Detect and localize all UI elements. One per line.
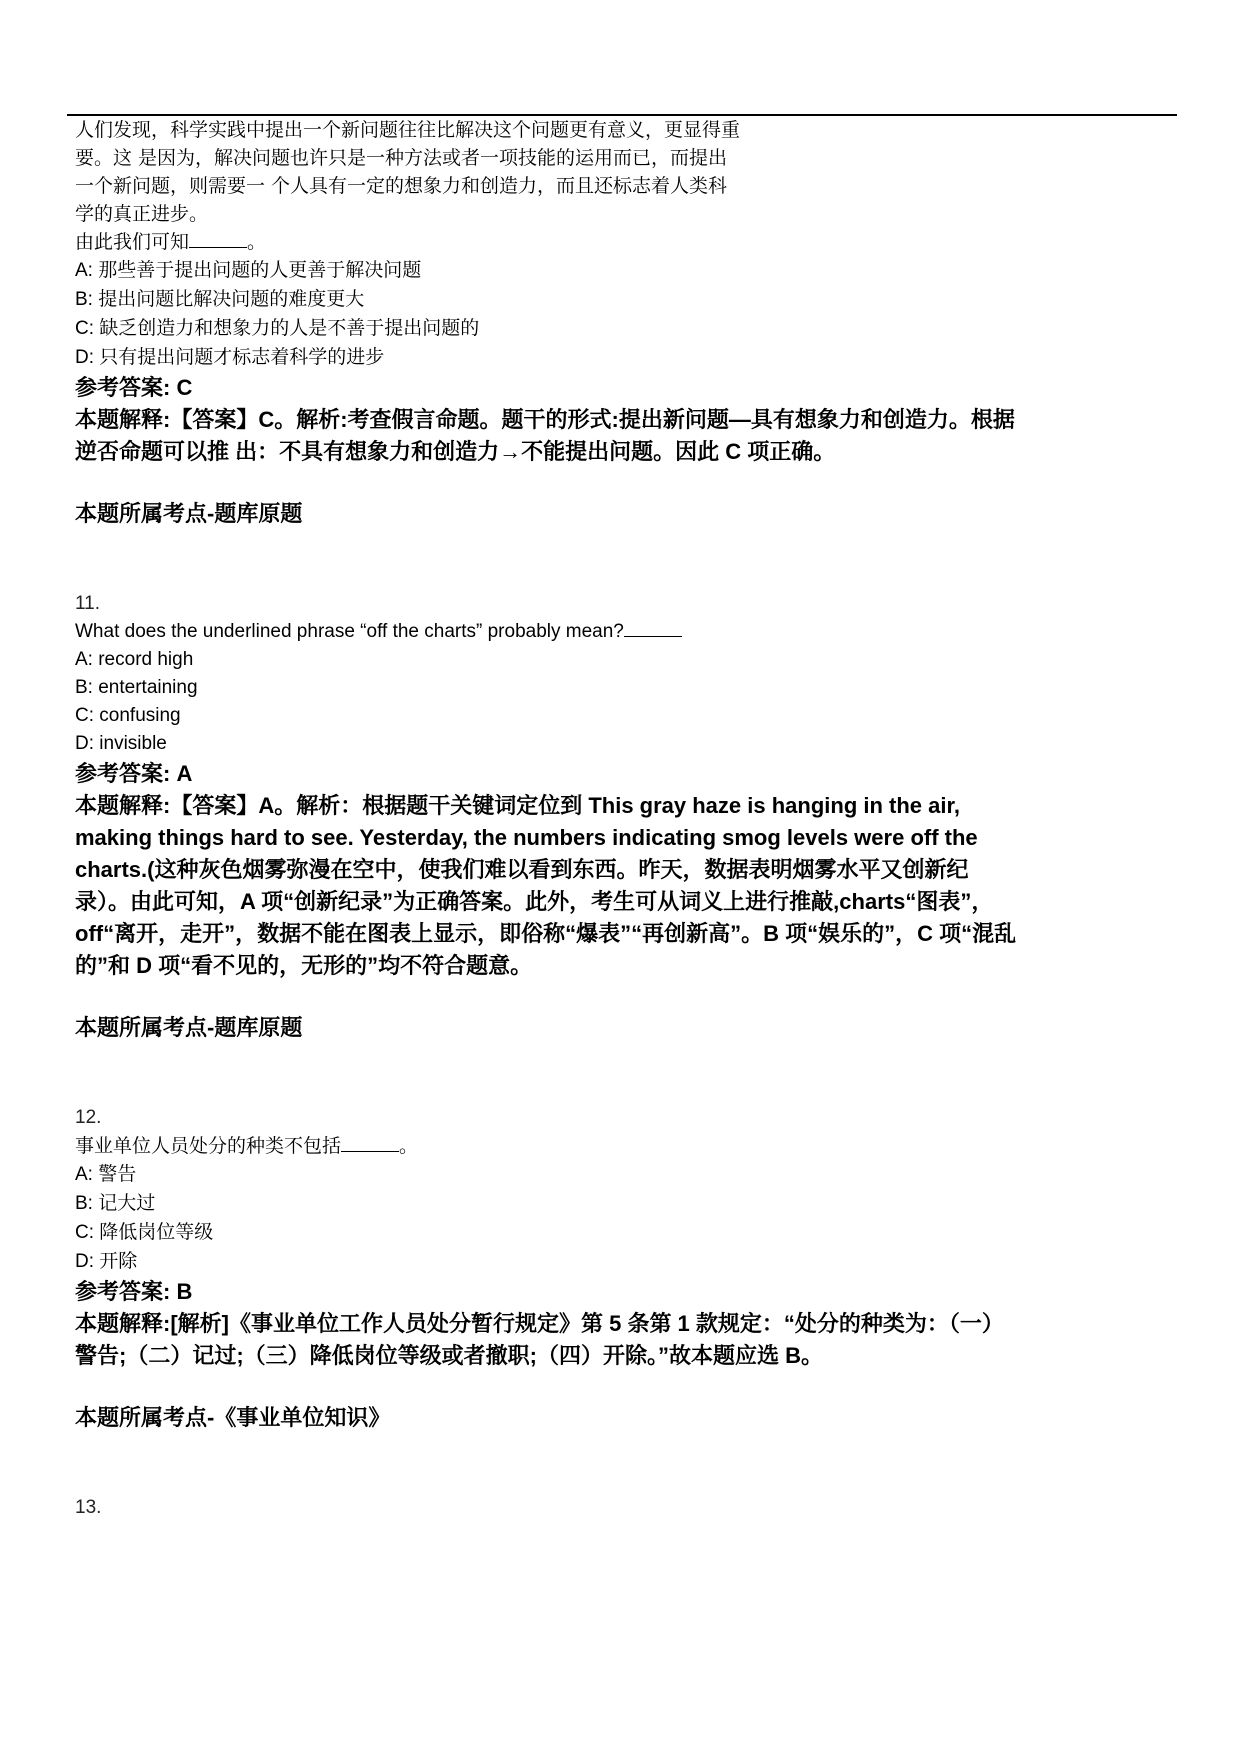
- question-number: 11.: [75, 590, 1175, 618]
- document-page: 人们发现，科学实践中提出一个新问题往往比解决这个问题更有意义，更显得重 要。这 …: [75, 116, 1175, 1522]
- question-number: 12.: [75, 1104, 1175, 1132]
- reference-answer: 参考答案: A: [75, 758, 1175, 790]
- question-number: 13.: [75, 1494, 1175, 1522]
- option-a: A: 警告: [75, 1160, 1175, 1189]
- options-list: A: 警告 B: 记大过 C: 降低岗位等级 D: 开除: [75, 1160, 1175, 1276]
- explanation: 本题解释:【答案】A。解析：根据题干关键词定位到 This gray haze …: [75, 790, 1175, 982]
- option-d: D: 开除: [75, 1247, 1175, 1276]
- option-d: D: 只有提出问题才标志着科学的进步: [75, 343, 1175, 372]
- answer-blank: [189, 229, 247, 248]
- option-c: C: 缺乏创造力和想象力的人是不善于提出问题的: [75, 314, 1175, 343]
- option-c: C: 降低岗位等级: [75, 1218, 1175, 1247]
- question-10: 人们发现，科学实践中提出一个新问题往往比解决这个问题更有意义，更显得重 要。这 …: [75, 116, 1175, 530]
- option-b: B: 记大过: [75, 1189, 1175, 1218]
- topic-label: 本题所属考点-题库原题: [75, 1012, 1175, 1044]
- stem-line: 学的真正进步。: [75, 200, 820, 228]
- explanation: 本题解释:【答案】C。解析:考查假言命题。题干的形式:提出新问题—具有想象力和创…: [75, 404, 1175, 468]
- question-prompt: 由此我们可知。: [75, 228, 820, 256]
- question-stem: 人们发现，科学实践中提出一个新问题往往比解决这个问题更有意义，更显得重 要。这 …: [75, 116, 820, 256]
- stem-line: 要。这 是因为，解决问题也许只是一种方法或者一项技能的运用而已，而提出: [75, 144, 820, 172]
- question-stem: 事业单位人员处分的种类不包括。: [75, 1132, 1175, 1160]
- option-a: A: record high: [75, 646, 1175, 674]
- options-list: A: 那些善于提出问题的人更善于解决问题 B: 提出问题比解决问题的难度更大 C…: [75, 256, 1175, 372]
- option-d: D: invisible: [75, 730, 1175, 758]
- stem-line: 人们发现，科学实践中提出一个新问题往往比解决这个问题更有意义，更显得重: [75, 116, 820, 144]
- answer-blank: [341, 1133, 399, 1152]
- option-a: A: 那些善于提出问题的人更善于解决问题: [75, 256, 1175, 285]
- reference-answer: 参考答案: B: [75, 1276, 1175, 1308]
- topic-label: 本题所属考点-题库原题: [75, 498, 1175, 530]
- stem-line: 一个新问题，则需要一 个人具有一定的想象力和创造力，而且还标志着人类科: [75, 172, 820, 200]
- topic-label: 本题所属考点-《事业单位知识》: [75, 1402, 1175, 1434]
- option-b: B: 提出问题比解决问题的难度更大: [75, 285, 1175, 314]
- question-11: 11. What does the underlined phrase “off…: [75, 590, 1175, 1044]
- reference-answer: 参考答案: C: [75, 372, 1175, 404]
- question-stem: What does the underlined phrase “off the…: [75, 618, 1175, 646]
- question-13: 13.: [75, 1494, 1175, 1522]
- explanation: 本题解释:[解析]《事业单位工作人员处分暂行规定》第 5 条第 1 款规定：“处…: [75, 1308, 1175, 1372]
- options-list: A: record high B: entertaining C: confus…: [75, 646, 1175, 758]
- question-12: 12. 事业单位人员处分的种类不包括。 A: 警告 B: 记大过 C: 降低岗位…: [75, 1104, 1175, 1434]
- option-c: C: confusing: [75, 702, 1175, 730]
- option-b: B: entertaining: [75, 674, 1175, 702]
- answer-blank: [624, 618, 682, 637]
